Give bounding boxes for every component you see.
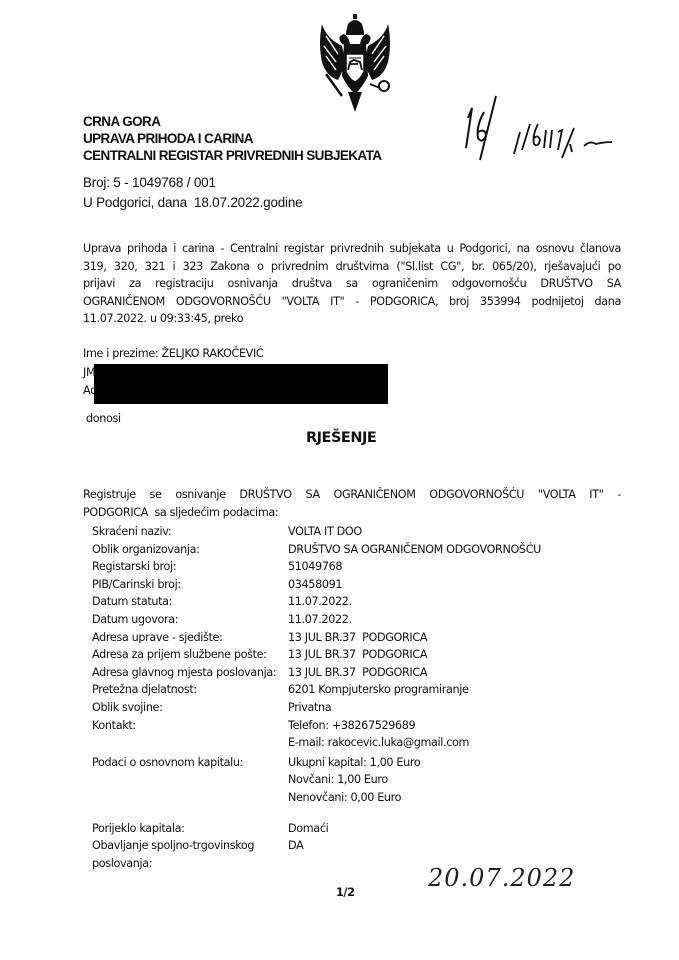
detail-label: poslovanja:: [92, 855, 288, 873]
detail-value: Telefon: +38267529689: [288, 717, 572, 735]
handwritten-date: 20.07.2022: [428, 864, 575, 892]
details-row: Skraćeni naziv:VOLTA IT DOO: [92, 523, 572, 541]
details-table: Skraćeni naziv:VOLTA IT DOO Oblik organi…: [92, 523, 572, 872]
details-row: Oblik svojine:Privatna: [92, 699, 572, 717]
intro-line: 319, 320, 321 i 323 Zakona o privrednim …: [83, 258, 621, 276]
page-number: 1/2: [336, 886, 355, 899]
detail-label: Kontakt:: [92, 717, 288, 735]
detail-label: [92, 771, 288, 789]
registration-statement: Registruje se osnivanje DRUŠTVO SA OGRAN…: [83, 486, 621, 522]
montenegro-coat-of-arms-icon: [312, 14, 398, 114]
detail-value: 13 JUL BR.37 PODGORICA: [288, 664, 572, 682]
detail-label: Oblik svojine:: [92, 699, 288, 717]
details-row: Registarski broj:51049768: [92, 558, 572, 576]
detail-label: Skraćeni naziv:: [92, 523, 288, 541]
place-date: U Podgorici, dana 18.07.2022.godine: [83, 195, 302, 210]
detail-value: Ukupni kapital: 1,00 Euro: [288, 754, 572, 772]
registration-line: Registruje se osnivanje DRUŠTVO SA OGRAN…: [83, 486, 621, 504]
document-title: RJEŠENJE: [306, 430, 376, 446]
details-row: Adresa za prijem službene pošte:13 JUL B…: [92, 646, 572, 664]
intro-line: Uprava prihoda i carina - Centralni regi…: [83, 240, 621, 258]
handwritten-note-icon: [462, 92, 632, 172]
detail-label: Podaci o osnovnom kapitalu:: [92, 754, 288, 772]
detail-value: DRUŠTVO SA OGRANIČENOM ODGOVORNOŠĆU: [288, 541, 572, 559]
detail-value: 13 JUL BR.37 PODGORICA: [288, 629, 572, 647]
header-country: CRNA GORA: [83, 114, 160, 129]
details-row: E-mail: rakocevic.luka@gmail.com: [92, 734, 572, 752]
details-row: PIB/Carinski broj:03458091: [92, 576, 572, 594]
detail-value: 13 JUL BR.37 PODGORICA: [288, 646, 572, 664]
intro-line: 11.07.2022. u 09:33:45, preko: [83, 310, 621, 328]
detail-value: DA: [288, 837, 572, 855]
detail-label: Datum statuta:: [92, 593, 288, 611]
detail-label: Pretežna djelatnost:: [92, 681, 288, 699]
detail-value: VOLTA IT DOO: [288, 523, 572, 541]
details-row: Datum statuta:11.07.2022.: [92, 593, 572, 611]
intro-line: OGRANIČENOM ODGOVORNOŠĆU "VOLTA IT" - PO…: [83, 293, 621, 311]
detail-value: 03458091: [288, 576, 572, 594]
detail-value: E-mail: rakocevic.luka@gmail.com: [288, 734, 572, 752]
details-row: Obavljanje spoljno-trgovinskogDA: [92, 837, 572, 855]
intro-paragraph: Uprava prihoda i carina - Centralni regi…: [83, 240, 621, 328]
details-row: Adresa uprave - sjedište:13 JUL BR.37 PO…: [92, 629, 572, 647]
details-row: Novčani: 1,00 Euro: [92, 771, 572, 789]
redaction-box: [94, 364, 388, 404]
details-row: Datum ugovora:11.07.2022.: [92, 611, 572, 629]
detail-label: Porijeklo kapitala:: [92, 820, 288, 838]
detail-label: Adresa uprave - sjedište:: [92, 629, 288, 647]
detail-label: [92, 734, 288, 752]
details-row: Nenovčani: 0,00 Euro: [92, 789, 572, 807]
details-row: Adresa glavnog mjesta poslovanja:13 JUL …: [92, 664, 572, 682]
intro-line: prijavi za registraciju osnivanja društv…: [83, 275, 621, 293]
header-agency: UPRAVA PRIHODA I CARINA: [83, 131, 253, 146]
detail-label: Adresa za prijem službene pošte:: [92, 646, 288, 664]
detail-label: Datum ugovora:: [92, 611, 288, 629]
detail-value: Privatna: [288, 699, 572, 717]
detail-label: Adresa glavnog mjesta poslovanja:: [92, 664, 288, 682]
document-number: Broj: 5 - 1049768 / 001: [83, 175, 216, 190]
details-row: Podaci o osnovnom kapitalu:Ukupni kapita…: [92, 754, 572, 772]
detail-value: 51049768: [288, 558, 572, 576]
detail-label: Obavljanje spoljno-trgovinskog: [92, 837, 288, 855]
details-row: Kontakt:Telefon: +38267529689: [92, 717, 572, 735]
detail-label: PIB/Carinski broj:: [92, 576, 288, 594]
applicant-name: Ime i prezime: ŽELJKO RAKOČEVIĆ: [83, 347, 263, 360]
details-row: Oblik organizovanja:DRUŠTVO SA OGRANIČEN…: [92, 541, 572, 559]
registration-line: PODGORICA sa sljedećim podacima:: [83, 504, 621, 522]
detail-label: Oblik organizovanja:: [92, 541, 288, 559]
detail-value: Novčani: 1,00 Euro: [288, 771, 572, 789]
detail-value: 11.07.2022.: [288, 593, 572, 611]
donosi-text: donosi: [86, 412, 121, 425]
details-row: Pretežna djelatnost:6201 Kompjutersko pr…: [92, 681, 572, 699]
details-row: Porijeklo kapitala:Domaći: [92, 820, 572, 838]
detail-value: 11.07.2022.: [288, 611, 572, 629]
header-registry: CENTRALNI REGISTAR PRIVREDNIH SUBJEKATA: [83, 148, 381, 163]
detail-value: 6201 Kompjutersko programiranje: [288, 681, 572, 699]
detail-value: Domaći: [288, 820, 572, 838]
detail-value: Nenovčani: 0,00 Euro: [288, 789, 572, 807]
detail-label: [92, 789, 288, 807]
detail-label: Registarski broj:: [92, 558, 288, 576]
